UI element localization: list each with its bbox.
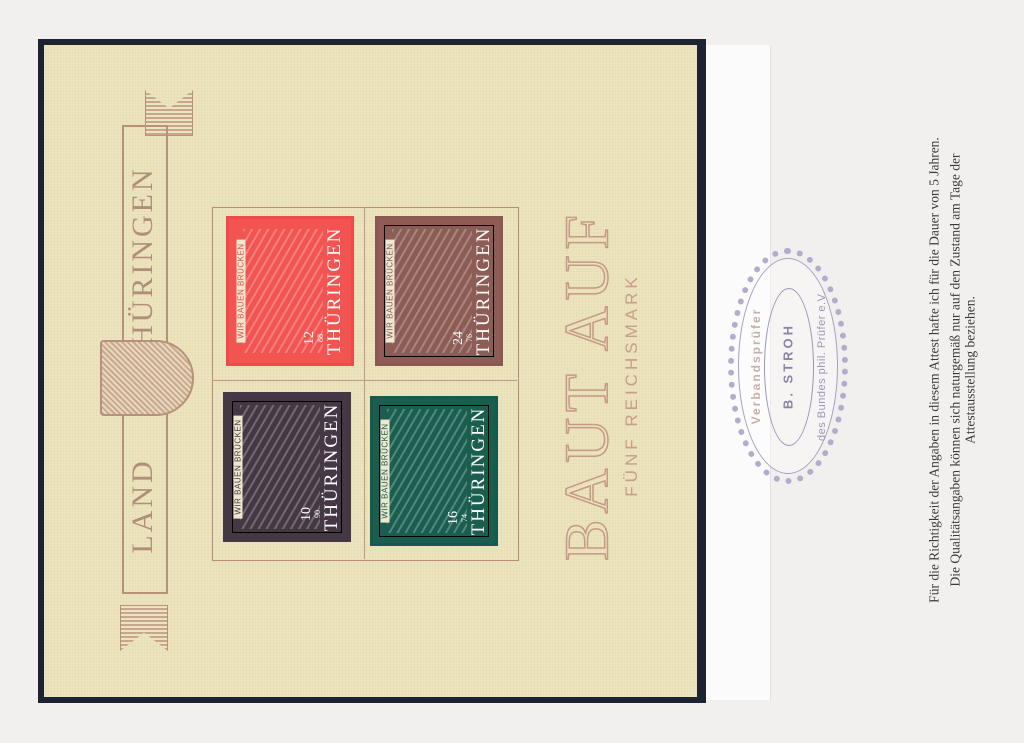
stamp-value: 1674	[447, 511, 469, 525]
stamp-country: THÜRINGEN	[473, 227, 495, 356]
ribbon-end-bottom-icon	[120, 605, 168, 651]
certificate-note: Für die Richtigkeit der Angaben in diese…	[927, 120, 984, 620]
seal-name: B. STROH	[781, 323, 796, 409]
ribbon-text-thueringen: THÜRINGEN	[126, 166, 159, 368]
sheet-subtitle: FÜNF REICHSMARK	[622, 273, 642, 496]
stamp-divider-horizontal	[212, 380, 517, 381]
stamp-slogan: WIR BAUEN BRÜCKEN	[237, 239, 246, 342]
stamp-slogan: WIR BAUEN BRÜCKEN	[386, 239, 395, 342]
stamp-country: THÜRINGEN	[468, 407, 490, 536]
stamp-value: 2476	[452, 331, 474, 345]
coat-of-arms-lion-icon	[100, 340, 194, 416]
sheet-title: BAUT AUF	[553, 209, 624, 561]
stamp-slogan: WIR BAUEN BRÜCKEN	[381, 419, 390, 522]
stamp-10pf-violet: WIR BAUEN BRÜCKEN THÜRINGEN 1090	[223, 392, 351, 542]
land-thueringen-ribbon: LANDTHÜRINGEN	[100, 90, 180, 650]
ribbon-text-land: LAND	[126, 458, 159, 553]
stamp-value: 1090	[300, 507, 322, 521]
note-paragraph-quality: Die Qualitätsangaben können sich naturge…	[948, 120, 978, 620]
seal-bottom-text: des Bundes phil. Prüfer e.V.	[816, 291, 828, 441]
stamp-12pf-red: WIR BAUEN BRÜCKEN THÜRINGEN 1288	[226, 216, 354, 366]
expert-seal: Verbandsprüfer B. STROH des Bundes phil.…	[728, 248, 848, 484]
stamp-24pf-brown: WIR BAUEN BRÜCKEN THÜRINGEN 2476	[375, 216, 503, 366]
stamp-slogan: WIR BAUEN BRÜCKEN	[234, 415, 243, 518]
seal-top-text: Verbandsprüfer	[749, 308, 763, 425]
note-paragraph-liability: Für die Richtigkeit der Angaben in diese…	[927, 120, 942, 620]
stamp-country: THÜRINGEN	[321, 403, 343, 532]
stamp-value: 1288	[303, 331, 325, 345]
stamp-country: THÜRINGEN	[324, 227, 346, 356]
stamp-divider-vertical	[364, 207, 365, 559]
stamp-16pf-green: WIR BAUEN BRÜCKEN THÜRINGEN 1674	[370, 396, 498, 546]
